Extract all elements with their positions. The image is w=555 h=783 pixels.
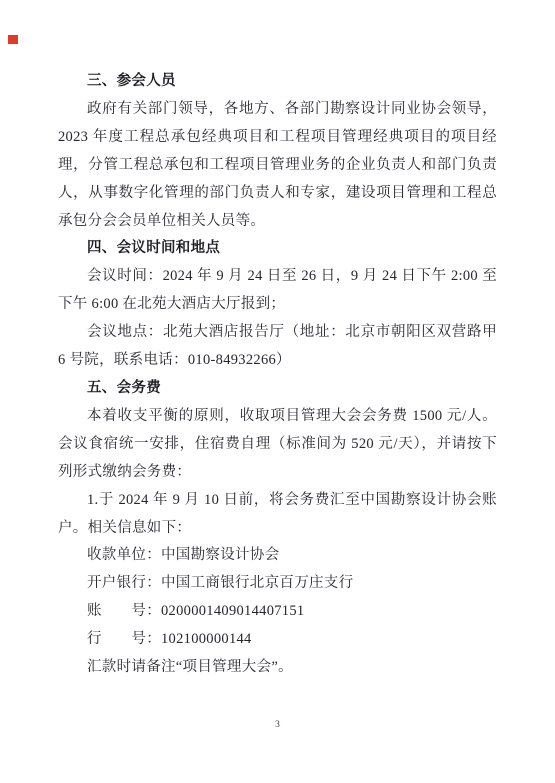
body-paragraph: 行 号：102100000144 bbox=[58, 626, 497, 654]
body-paragraph: 账 号：0200001409014407151 bbox=[58, 598, 497, 626]
body-paragraph: 1.于 2024 年 9 月 10 日前，将会务费汇至中国勘察设计协会账户。相关… bbox=[58, 487, 497, 543]
page-number: 3 bbox=[0, 719, 555, 731]
body-paragraph: 开户银行：中国工商银行北京百万庄支行 bbox=[58, 570, 497, 598]
section-heading: 三、参会人员 bbox=[58, 68, 497, 96]
body-paragraph: 收款单位：中国勘察设计协会 bbox=[58, 542, 497, 570]
body-paragraph: 汇款时请备注“项目管理大会”。 bbox=[58, 654, 497, 682]
body-paragraph: 会议地点：北苑大酒店报告厅（地址：北京市朝阳区双营路甲 6 号院，联系电话：01… bbox=[58, 319, 497, 375]
body-paragraph: 本着收支平衡的原则，收取项目管理大会会务费 1500 元/人。会议食宿统一安排，… bbox=[58, 403, 497, 487]
section-heading: 四、会议时间和地点 bbox=[58, 235, 497, 263]
document-body: 三、参会人员政府有关部门领导，各地方、各部门勘察设计同业协会领导，2023 年度… bbox=[58, 68, 497, 682]
body-paragraph: 会议时间：2024 年 9 月 24 日至 26 日，9 月 24 日下午 2:… bbox=[58, 263, 497, 319]
body-paragraph: 政府有关部门领导，各地方、各部门勘察设计同业协会领导，2023 年度工程总承包经… bbox=[58, 96, 497, 236]
red-stamp-marker bbox=[8, 35, 18, 44]
document-page: 三、参会人员政府有关部门领导，各地方、各部门勘察设计同业协会领导，2023 年度… bbox=[0, 0, 555, 783]
section-heading: 五、会务费 bbox=[58, 375, 497, 403]
